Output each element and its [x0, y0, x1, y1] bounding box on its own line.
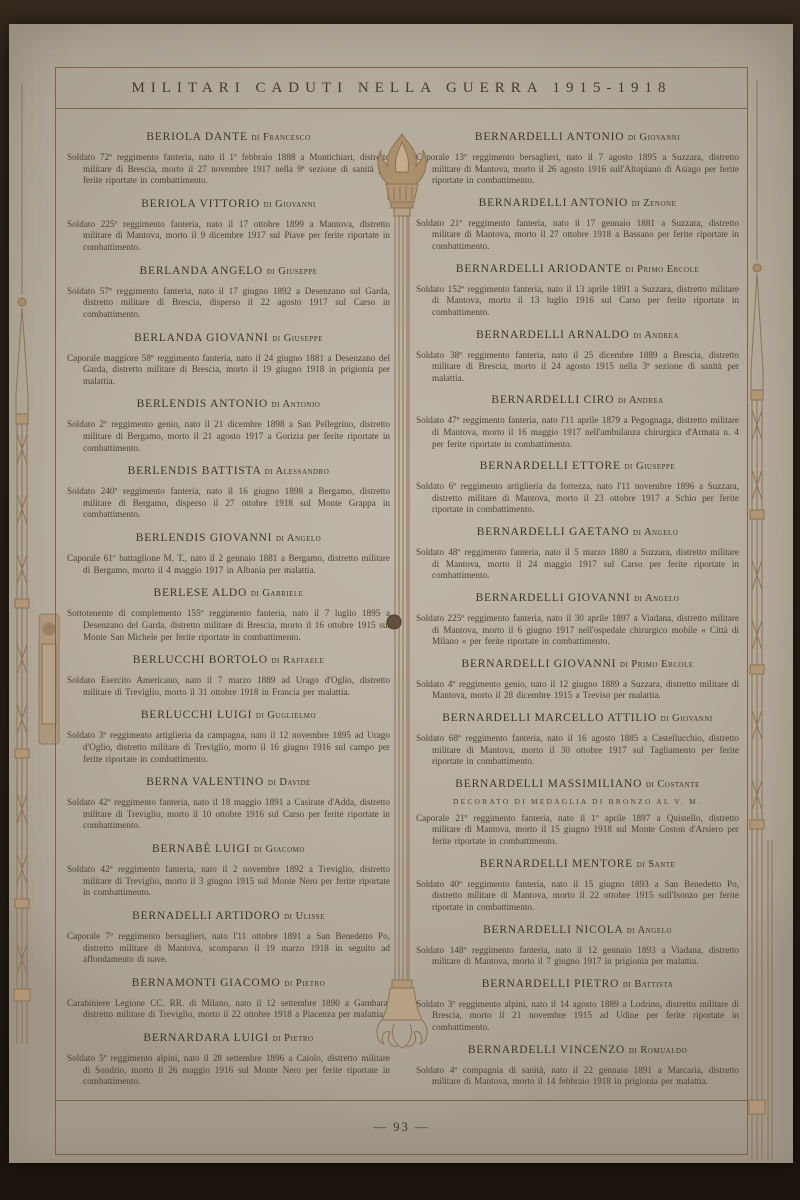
entry-patronymic: di Giuseppe: [272, 333, 323, 344]
entry-heading: BERNARDELLI VINCENZO di Romualdo: [416, 1040, 739, 1058]
casualty-entry: BERLUCCHI BORTOLO di Raffaele Soldato Es…: [67, 650, 390, 698]
entry-patronymic: di Pietro: [284, 978, 325, 989]
entry-heading: BERNARDELLI MENTORE di Sante: [416, 854, 739, 872]
entry-heading: BERLENDIS BATTISTA di Alessandro: [67, 461, 390, 479]
entry-patronymic: di Francesco: [251, 132, 310, 143]
entry-body: Soldato 57º reggimento fanteria, nato il…: [67, 286, 390, 321]
page-title: MILITARI CADUTI NELLA GUERRA 1915-1918: [131, 80, 671, 97]
entry-heading: BERNARDELLI PIETRO di Battista: [416, 974, 739, 992]
entry-name: BERNA VALENTINO: [146, 776, 268, 788]
entry-heading: BERNARDELLI GAETANO di Angelo: [416, 522, 739, 540]
entry-name: BERNAMONTI GIACOMO: [132, 977, 285, 989]
entry-body: Soldato 3º reggimento artiglieria da cam…: [67, 730, 390, 765]
entry-name: BERIOLA VITTORIO: [141, 198, 263, 210]
entry-name: BERLESE ALDO: [154, 587, 251, 599]
casualty-entry: BERLUCCHI LUIGI di Guglielmo Soldato 3º …: [67, 705, 390, 765]
entry-heading: BERNA VALENTINO di Davide: [67, 772, 390, 790]
entry-patronymic: di Davide: [268, 777, 311, 788]
casualty-entry: BERNARDELLI MASSIMILIANO di Costante DEC…: [416, 774, 739, 848]
entry-patronymic: di Guglielmo: [256, 710, 316, 721]
entry-name: BERLUCCHI LUIGI: [141, 709, 256, 721]
entry-heading: BERNARDELLI ANTONIO di Zenone: [416, 193, 739, 211]
casualty-entry: BERLANDA GIOVANNI di Giuseppe Caporale m…: [67, 328, 390, 388]
entry-heading: BERNAMONTI GIACOMO di Pietro: [67, 973, 390, 991]
entry-name: BERLENDIS ANTONIO: [137, 398, 272, 410]
entry-heading: BERLANDA GIOVANNI di Giuseppe: [67, 328, 390, 346]
entry-body: Soldato 42º reggimento fanteria, nato il…: [67, 864, 390, 899]
entry-body: Soldato 68º reggimento fanteria, nato il…: [416, 733, 739, 768]
entry-body: Caporale maggiore 58º reggimento fanteri…: [67, 353, 390, 388]
entry-name: BERNARDELLI GIOVANNI: [461, 658, 619, 670]
entry-patronymic: di Angelo: [276, 533, 321, 544]
entry-body: Sottotenente di complemento 155º reggime…: [67, 608, 390, 643]
entry-heading: BERNARDELLI ETTORE di Giuseppe: [416, 456, 739, 474]
casualty-entry: BERNAMONTI GIACOMO di Pietro Carabiniere…: [67, 973, 390, 1021]
entry-patronymic: di Angelo: [633, 527, 678, 538]
entry-heading: BERNARDELLI ANTONIO di Giovanni: [416, 127, 739, 145]
casualty-entry: BERLANDA ANGELO di Giuseppe Soldato 57º …: [67, 261, 390, 321]
entry-heading: BERNARDELLI MASSIMILIANO di Costante: [416, 774, 739, 792]
casualty-entry: BERNARDELLI MARCELLO ATTILIO di Giovanni…: [416, 708, 739, 768]
entry-patronymic: di Giacomo: [254, 844, 305, 855]
entry-patronymic: di Giovanni: [264, 199, 316, 210]
entry-body: Caporale 13º reggimento bersaglieri, nat…: [416, 152, 739, 187]
entry-name: BERNARDARA LUIGI: [143, 1032, 272, 1044]
entry-patronymic: di Antonio: [272, 399, 321, 410]
entry-body: Soldato 2º reggimento genio, nato il 21 …: [67, 419, 390, 454]
casualty-entry: BERNABÈ LUIGI di Giacomo Soldato 42º reg…: [67, 839, 390, 899]
entry-body: Soldato 40º reggimento fanteria, nato il…: [416, 879, 739, 914]
entry-name: BERNARDELLI MENTORE: [480, 858, 637, 870]
entry-patronymic: di Romualdo: [629, 1045, 687, 1056]
page-footer: — 93 —: [56, 1100, 747, 1154]
entry-name: BERNARDELLI MASSIMILIANO: [455, 778, 646, 790]
entry-body: Soldato 225º reggimento fanteria, nato i…: [67, 219, 390, 254]
page-header: MILITARI CADUTI NELLA GUERRA 1915-1918: [56, 68, 747, 109]
entry-name: BERNARDELLI PIETRO: [482, 978, 623, 990]
entry-body: Soldato 4ª compagnia di sanità, nato il …: [416, 1065, 739, 1088]
casualty-entry: BERLENDIS ANTONIO di Antonio Soldato 2º …: [67, 394, 390, 454]
entry-patronymic: di Andrea: [618, 395, 664, 406]
entry-body: Soldato 6º reggimento artiglieria da for…: [416, 481, 739, 516]
casualty-entry: BERNARDELLI ARIODANTE di Primo Ercole So…: [416, 259, 739, 319]
casualty-entry: BERNARDELLI GIOVANNI di Angelo Soldato 2…: [416, 588, 739, 648]
page-number: — 93 —: [374, 1120, 430, 1135]
entry-patronymic: di Giovanni: [661, 713, 713, 724]
entry-heading: BERIOLA VITTORIO di Giovanni: [67, 194, 390, 212]
casualty-entry: BERNADELLI ARTIDORO di Ulisse Caporale 7…: [67, 906, 390, 966]
entry-patronymic: di Zenone: [632, 198, 677, 209]
entry-heading: BERNARDELLI NICOLA di Angelo: [416, 920, 739, 938]
entry-heading: BERNADELLI ARTIDORO di Ulisse: [67, 906, 390, 924]
entry-heading: BERNABÈ LUIGI di Giacomo: [67, 839, 390, 857]
casualty-entry: BERNARDELLI GAETANO di Angelo Soldato 48…: [416, 522, 739, 582]
entry-name: BERNARDELLI ETTORE: [480, 460, 625, 472]
casualty-entry: BERNARDELLI NICOLA di Angelo Soldato 148…: [416, 920, 739, 968]
entry-patronymic: di Angelo: [634, 593, 679, 604]
entry-body: Soldato 38º reggimento fanteria, nato il…: [416, 350, 739, 385]
entry-name: BERIOLA DANTE: [146, 131, 251, 143]
entry-patronymic: di Ulisse: [284, 911, 325, 922]
entry-heading: BERNARDELLI GIOVANNI di Primo Ercole: [416, 654, 739, 672]
entry-heading: BERLESE ALDO di Gabriele: [67, 583, 390, 601]
entry-patronymic: di Battista: [623, 979, 673, 990]
entry-decoration: DECORATO DI MEDAGLIA DI BRONZO AL V. M.: [416, 797, 739, 806]
entry-name: BERNARDELLI NICOLA: [483, 924, 627, 936]
casualty-entry: BERNARDELLI ANTONIO di Giovanni Caporale…: [416, 127, 739, 187]
entry-body: Soldato 47º reggimento fanteria, nato l'…: [416, 415, 739, 450]
entry-body: Soldato 72º reggimento fanteria, nato il…: [67, 152, 390, 187]
casualty-entry: BERNARDELLI ANTONIO di Zenone Soldato 21…: [416, 193, 739, 253]
entry-body: Soldato Esercito Americano, nato il 7 ma…: [67, 675, 390, 698]
entry-patronymic: di Angelo: [627, 925, 672, 936]
casualty-entry: BERNARDELLI ETTORE di Giuseppe Soldato 6…: [416, 456, 739, 516]
entry-name: BERNARDELLI GIOVANNI: [476, 592, 634, 604]
entry-patronymic: di Primo Ercole: [620, 659, 694, 670]
entry-name: BERNABÈ LUIGI: [152, 843, 254, 855]
entry-patronymic: di Giuseppe: [624, 461, 675, 472]
entry-heading: BERNARDELLI CIRO di Andrea: [416, 390, 739, 408]
entry-heading: BERLENDIS ANTONIO di Antonio: [67, 394, 390, 412]
entry-name: BERLUCCHI BORTOLO: [133, 654, 272, 666]
entry-body: Caporale 7º reggimento bersaglieri, nato…: [67, 931, 390, 966]
entry-body: Soldato 240º reggimento fanteria, nato i…: [67, 486, 390, 521]
entry-name: BERNARDELLI GAETANO: [477, 526, 633, 538]
entry-name: BERLANDA GIOVANNI: [134, 332, 272, 344]
casualty-entry: BERNA VALENTINO di Davide Soldato 42º re…: [67, 772, 390, 832]
entry-body: Carabiniere Legione CC. RR. di Milano, n…: [67, 998, 390, 1021]
entry-name: BERNARDELLI CIRO: [491, 394, 618, 406]
entry-name: BERNARDELLI MARCELLO ATTILIO: [442, 712, 660, 724]
entry-heading: BERLUCCHI BORTOLO di Raffaele: [67, 650, 390, 668]
casualty-entry: BERNARDELLI GIOVANNI di Primo Ercole Sol…: [416, 654, 739, 702]
entry-body: Caporale 21º reggimento fanteria, nato i…: [416, 813, 739, 848]
entry-patronymic: di Gabriele: [251, 588, 304, 599]
entry-body: Soldato 3º reggimento alpini, nato il 14…: [416, 999, 739, 1034]
casualty-entry: BERNARDELLI VINCENZO di Romualdo Soldato…: [416, 1040, 739, 1088]
entry-heading: BERNARDELLI MARCELLO ATTILIO di Giovanni: [416, 708, 739, 726]
entry-name: BERLANDA ANGELO: [140, 265, 267, 277]
entry-name: BERNARDELLI ARNALDO: [476, 329, 633, 341]
entry-patronymic: di Costante: [646, 779, 700, 790]
entry-name: BERNARDELLI ANTONIO: [475, 131, 628, 143]
casualty-entry: BERLENDIS GIOVANNI di Angelo Caporale 61…: [67, 528, 390, 576]
entry-patronymic: di Raffaele: [272, 655, 325, 666]
book-page: MILITARI CADUTI NELLA GUERRA 1915-1918 B…: [9, 24, 793, 1163]
entry-heading: BERNARDARA LUIGI di Pietro: [67, 1028, 390, 1046]
content-columns: BERIOLA DANTE di Francesco Soldato 72º r…: [56, 109, 747, 1100]
entry-name: BERNADELLI ARTIDORO: [132, 910, 284, 922]
entry-heading: BERLUCCHI LUIGI di Guglielmo: [67, 705, 390, 723]
entry-body: Caporale 61º battaglione M. T., nato il …: [67, 553, 390, 576]
page-border-frame: MILITARI CADUTI NELLA GUERRA 1915-1918 B…: [55, 67, 748, 1155]
entry-name: BERLENDIS BATTISTA: [128, 465, 265, 477]
casualty-entry: BERNARDARA LUIGI di Pietro Soldato 5º re…: [67, 1028, 390, 1088]
entry-body: Soldato 5º reggimento alpini, nato il 28…: [67, 1053, 390, 1088]
entry-body: Soldato 4º reggimento genio, nato il 12 …: [416, 679, 739, 702]
right-column: BERNARDELLI ANTONIO di Giovanni Caporale…: [416, 127, 739, 1088]
entry-patronymic: di Giovanni: [628, 132, 680, 143]
casualty-entry: BERNARDELLI CIRO di Andrea Soldato 47º r…: [416, 390, 739, 450]
casualty-entry: BERIOLA VITTORIO di Giovanni Soldato 225…: [67, 194, 390, 254]
entry-heading: BERNARDELLI ARNALDO di Andrea: [416, 325, 739, 343]
entry-name: BERLENDIS GIOVANNI: [136, 532, 276, 544]
entry-body: Soldato 225º reggimento fanteria, nato i…: [416, 613, 739, 648]
casualty-entry: BERIOLA DANTE di Francesco Soldato 72º r…: [67, 127, 390, 187]
entry-heading: BERLANDA ANGELO di Giuseppe: [67, 261, 390, 279]
entry-body: Soldato 48º reggimento fanteria, nato il…: [416, 547, 739, 582]
casualty-entry: BERLESE ALDO di Gabriele Sottotenente di…: [67, 583, 390, 643]
entry-name: BERNARDELLI ANTONIO: [479, 197, 632, 209]
entry-patronymic: di Giuseppe: [267, 266, 318, 277]
entry-patronymic: di Sante: [637, 859, 676, 870]
entry-patronymic: di Alessandro: [265, 466, 330, 477]
entry-heading: BERNARDELLI ARIODANTE di Primo Ercole: [416, 259, 739, 277]
entry-heading: BERLENDIS GIOVANNI di Angelo: [67, 528, 390, 546]
casualty-entry: BERNARDELLI ARNALDO di Andrea Soldato 38…: [416, 325, 739, 385]
casualty-entry: BERNARDELLI MENTORE di Sante Soldato 40º…: [416, 854, 739, 914]
casualty-entry: BERLENDIS BATTISTA di Alessandro Soldato…: [67, 461, 390, 521]
entry-body: Soldato 152º reggimento fanteria, nato i…: [416, 284, 739, 319]
photo-background: MILITARI CADUTI NELLA GUERRA 1915-1918 B…: [0, 0, 800, 1200]
entry-patronymic: di Pietro: [273, 1033, 314, 1044]
left-fasces-ornament: [9, 84, 61, 1124]
entry-name: BERNARDELLI ARIODANTE: [456, 263, 626, 275]
entry-patronymic: di Andrea: [633, 330, 679, 341]
entry-body: Soldato 21º reggimento fanteria, nato il…: [416, 218, 739, 253]
entry-name: BERNARDELLI VINCENZO: [468, 1044, 629, 1056]
left-column: BERIOLA DANTE di Francesco Soldato 72º r…: [67, 127, 390, 1088]
entry-heading: BERIOLA DANTE di Francesco: [67, 127, 390, 145]
entry-body: Soldato 148º reggimento fanteria, nato i…: [416, 945, 739, 968]
entry-heading: BERNARDELLI GIOVANNI di Angelo: [416, 588, 739, 606]
entry-patronymic: di Primo Ercole: [626, 264, 700, 275]
entry-body: Soldato 42º reggimento fanteria, nato il…: [67, 797, 390, 832]
casualty-entry: BERNARDELLI PIETRO di Battista Soldato 3…: [416, 974, 739, 1034]
